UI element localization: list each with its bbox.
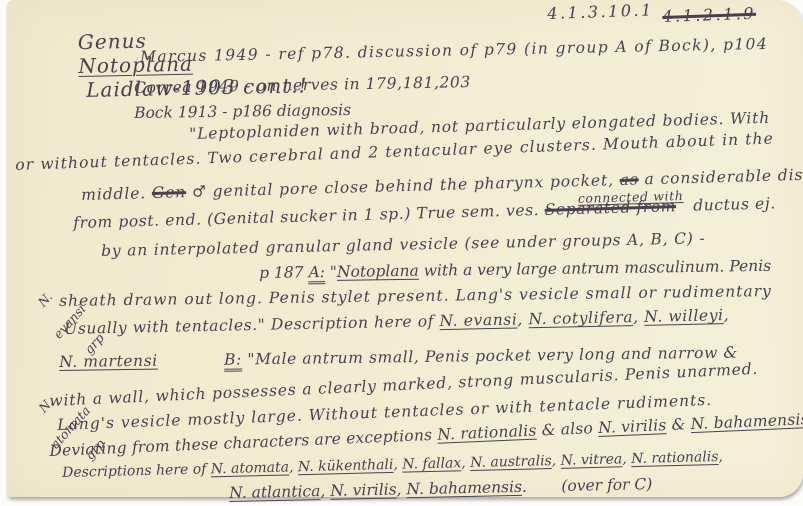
underlined-text: N. atomata — [211, 459, 290, 477]
inserted-text: connected with — [578, 188, 684, 206]
crossed-out-code: 4.1.2.1.9 — [662, 4, 756, 26]
margin-note-word: evansi — [52, 303, 87, 340]
underlined-text: N. vitrea — [560, 451, 622, 469]
text: Bock 1913 - p186 diagnosis — [134, 101, 351, 122]
text: , — [517, 310, 528, 328]
handwritten-line: by an interpolated granular gland vesicl… — [101, 229, 706, 260]
handwritten-line: Bock 1913 - p186 diagnosis — [134, 101, 351, 122]
handwritten-line: Usually with tentacles." Description her… — [64, 306, 729, 338]
text: sheath drawn out long. Penis stylet pres… — [59, 282, 772, 310]
text: , — [723, 306, 729, 324]
margin-note-word: grp — [73, 426, 116, 472]
underlined-text: N. virilis — [598, 416, 667, 437]
handwritten-line: N. atlantica, N. virilis, N. bahamensis.… — [229, 475, 652, 502]
margin-note-word: atomata — [49, 404, 92, 450]
double-underlined-text: A: — [308, 263, 325, 284]
text: , — [718, 449, 723, 465]
text: p 187 — [259, 263, 309, 282]
underlined-text: N. evansi — [439, 311, 517, 331]
handwritten-line: sheath drawn out long. Penis stylet pres… — [59, 282, 772, 310]
text: ♂ genital pore close behind the pharynx … — [186, 171, 620, 201]
underlined-text: N. kükenthali — [298, 457, 394, 475]
underlined-text: N. rationalis — [437, 422, 537, 444]
text: with a very large antrum masculinum. Pen… — [419, 257, 772, 280]
underlined-text: N. bahamensis — [690, 410, 803, 433]
text: " — [325, 263, 337, 281]
underlined-text: N. cotylifera — [528, 308, 633, 328]
text: ductus ej. — [687, 194, 776, 214]
underlined-text: N. bahamensis — [406, 478, 522, 498]
text: by an interpolated granular gland vesicl… — [101, 229, 706, 260]
struck-text: Gen — [152, 183, 187, 202]
underlined-text: N. virilis — [330, 480, 397, 499]
scan-background: Genus Notoplana Laidlaw-1903 cont.! 4.1.… — [0, 0, 803, 506]
margin-note-word: grp — [76, 325, 111, 362]
underlined-text: Notoplana — [337, 262, 419, 281]
text: , — [633, 308, 644, 326]
text: from post. end. (Genital sucker in 1 sp.… — [73, 201, 545, 232]
text: , — [552, 453, 561, 469]
text: , — [320, 482, 330, 500]
text: & — [666, 415, 691, 434]
text: Usually with tentacles." Description her… — [64, 312, 440, 338]
double-underlined-text: B: — [224, 350, 242, 371]
text — [158, 351, 225, 370]
underlined-text: N. willeyi — [644, 306, 724, 326]
underlined-text: N. australis — [470, 453, 552, 471]
text: . (over for C) — [522, 475, 653, 496]
text: , — [289, 459, 298, 475]
underlined-text: N. fallax — [402, 455, 461, 472]
index-card: Genus Notoplana Laidlaw-1903 cont.! 4.1.… — [7, 0, 803, 497]
struck-text: as — [619, 170, 638, 189]
underlined-text: N. rationalis — [631, 449, 719, 467]
handwritten-line: p 187 A: "Notoplana with a very large an… — [259, 257, 771, 285]
margin-note-word: N. — [27, 281, 62, 318]
margin-note-word: N. — [24, 382, 67, 428]
text: middle. — [81, 184, 152, 204]
classification-code: 4.1.3.10.1 — [547, 0, 654, 23]
underlined-text: N. atlantica — [229, 482, 321, 502]
text: a considerable distance — [638, 164, 803, 188]
text: & also — [536, 419, 598, 440]
